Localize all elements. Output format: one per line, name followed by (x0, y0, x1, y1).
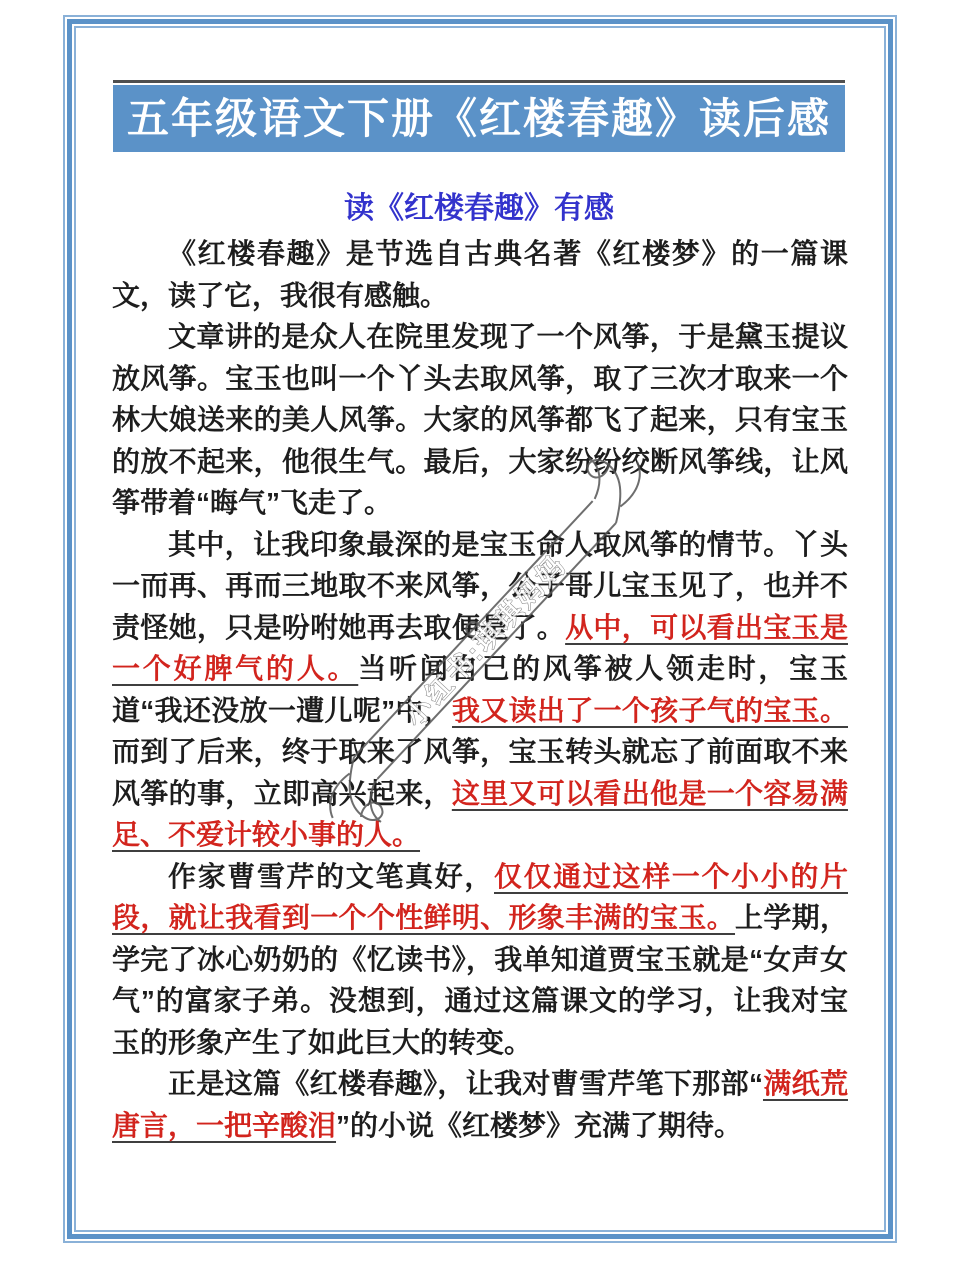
divider-line (113, 80, 845, 83)
body-text: 作家曹雪芹的文笔真好， (168, 861, 494, 892)
paragraph: 《红楼春趣》是节选自古典名著《红楼梦》的一篇课文，读了它，我很有感触。 (112, 233, 848, 316)
paragraph: 正是这篇《红楼春趣》，让我对曹雪芹笔下那部“满纸荒唐言，一把辛酸泪”的小说《红楼… (112, 1063, 848, 1146)
paragraph: 其中，让我印象最深的是宝玉命人取风筝的情节。丫头一而再、再而三地取不来风筝，公子… (112, 524, 848, 856)
body-text: 文章讲的是众人在院里发现了一个风筝，于是黛玉提议放风筝。宝玉也叫一个丫头去取风筝… (112, 321, 848, 518)
body-text: 《红楼春趣》是节选自古典名著《红楼梦》的一篇课文，读了它，我很有感触。 (112, 238, 848, 311)
essay-subtitle: 读《红楼春趣》有感 (113, 183, 845, 227)
body-text: ”的小说《红楼梦》充满了期待。 (336, 1110, 742, 1141)
paragraph: 作家曹雪芹的文笔真好，仅仅通过这样一个小小的片段，就让我看到一个个性鲜明、形象丰… (112, 856, 848, 1064)
page-title: 五年级语文下册《红楼春趣》读后感 (127, 98, 831, 140)
title-banner: 五年级语文下册《红楼春趣》读后感 (113, 85, 845, 152)
paragraph: 文章讲的是众人在院里发现了一个风筝，于是黛玉提议放风筝。宝玉也叫一个丫头去取风筝… (112, 316, 848, 524)
highlighted-text: 我又读出了一个孩子气的宝玉。 (452, 695, 848, 726)
body-text: 正是这篇《红楼春趣》，让我对曹雪芹笔下那部“ (168, 1068, 763, 1099)
body-paragraphs: 《红楼春趣》是节选自古典名著《红楼梦》的一篇课文，读了它，我很有感触。文章讲的是… (112, 233, 848, 1146)
document-page: { "banner": { "title": "五年级语文下册《红楼春趣》读后感… (0, 0, 960, 1280)
